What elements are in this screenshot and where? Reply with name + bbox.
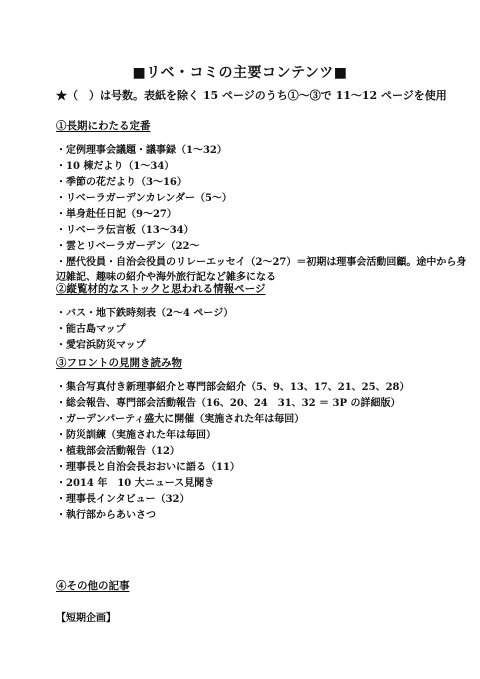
list-item: ・ガーデンパーティ盛大に開催（実施された年は毎回）	[56, 413, 304, 426]
list-item: ・防災訓練（実施された年は毎回）	[56, 429, 216, 442]
document-page: ■リベ・コミの主要コンテンツ■ ★（ ）は号数。表紙を除く 15 ページのうち①…	[0, 0, 480, 679]
issue-number-note: ★（ ）は号数。表紙を除く 15 ページのうち①～③で 11～12 ページを使用	[56, 87, 447, 103]
list-item: ・能古島マップ	[56, 323, 126, 336]
list-item: ・歴代役員・自治会役員のリレーエッセイ（2～27）＝初期は理事会活動回顧。途中か…	[56, 256, 466, 269]
list-item: ・バス・地下鉄時刻表（2～4 ページ）	[56, 307, 233, 320]
list-item: ・執行部からあいさつ	[56, 509, 156, 522]
list-item: ・リベーラ伝言板（13～34）	[56, 224, 194, 237]
subheading-short-term-projects: 【短期企画】	[56, 609, 116, 624]
list-item: ・集合写真付き新理事紹介と専門部会紹介（5、9、13、17、21、25、28）	[56, 381, 410, 394]
document-title: ■リベ・コミの主要コンテンツ■	[0, 62, 480, 82]
list-item: ・10 棟だより（1～34）	[56, 160, 174, 173]
list-item: ・雲とリベーラガーデン（22～	[56, 240, 200, 253]
section-heading-stock-info: ②縦覧材的なストックと思われる情報ページ	[56, 281, 265, 296]
list-item: ・理事長インタビュー（32）	[56, 493, 190, 506]
section-heading-other-articles: ④その他の記事	[56, 578, 130, 593]
list-item: ・季節の花だより（3～16）	[56, 176, 187, 189]
list-item: ・愛宕浜防災マップ	[56, 339, 146, 352]
list-item: ・単身赴任日記（9～27）	[56, 208, 177, 221]
list-item: ・リベーラガーデンカレンダー（5～）	[56, 192, 232, 205]
section-heading-front-spread: ③フロントの見開き読み物	[56, 355, 182, 370]
list-item: ・定例理事会議題・議事録（1～32）	[56, 144, 227, 157]
list-item: ・総会報告、専門部会活動報告（16、20、24 31、32 ＝ 3P の詳細版）	[56, 397, 401, 410]
list-item: ・2014 年 10 大ニュース見聞き	[56, 477, 214, 490]
section-heading-long-running: ①長期にわたる定番	[56, 118, 151, 133]
list-item: ・理事長と自治会長おおいに語る（11）	[56, 461, 240, 474]
list-item: ・植栽部会活動報告（12）	[56, 445, 180, 458]
